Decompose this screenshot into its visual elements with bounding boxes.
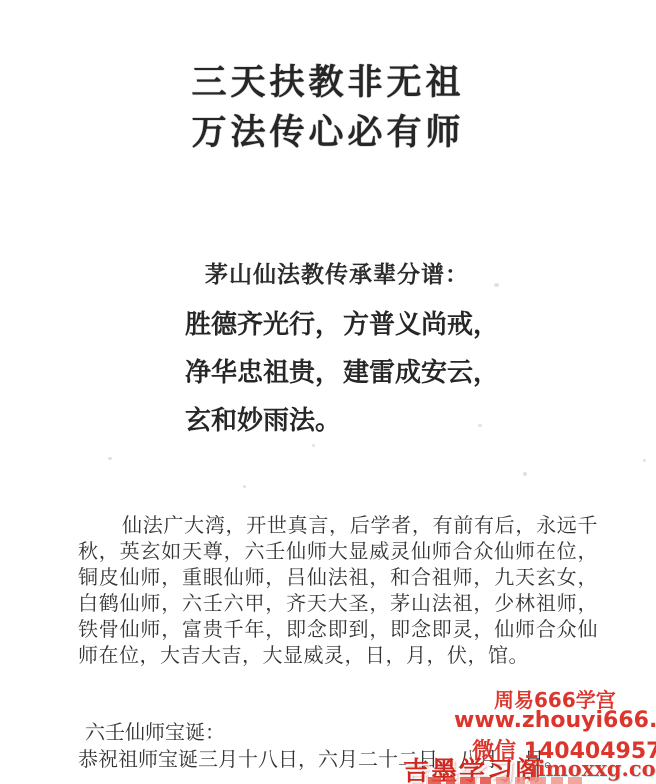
poem-cell: 建雷成安云， — [343, 352, 499, 389]
page-title: 三天扶教非无祖 万法传心必有师 — [0, 58, 656, 158]
body-paragraph: 仙法广大湾，开世真言，后学者，有前有后，永远千秋，英玄如天尊，六壬仙师大显威灵仙… — [78, 512, 598, 668]
scan-speck — [523, 472, 527, 476]
watermark-site-url: www.zhouyi666.com — [454, 708, 656, 733]
scanned-document-page: 三天扶教非无祖 万法传心必有师 茅山仙法教传承辈分谱： 胜德齐光行， 方普义尚戒… — [0, 0, 656, 784]
generation-poem: 胜德齐光行， 方普义尚戒， 净华忠祖贵， 建雷成安云， 玄和妙雨法。 — [185, 304, 499, 448]
festival-label: 六壬仙师宝诞： — [85, 716, 225, 745]
title-line-2: 万法传心必有师 — [0, 108, 656, 158]
poem-row: 胜德齐光行， 方普义尚戒， — [185, 304, 499, 352]
poem-cell: 胜德齐光行， — [185, 304, 343, 341]
section-heading: 茅山仙法教传承辈分谱： — [205, 256, 469, 289]
poem-cell: 玄和妙雨法。 — [185, 400, 343, 437]
scan-speck — [478, 424, 482, 427]
watermark-clipped-fragments — [428, 777, 648, 784]
poem-cell: 方普义尚戒， — [343, 304, 499, 341]
scan-speck — [108, 457, 112, 460]
scan-speck — [243, 485, 246, 488]
scan-speck — [494, 283, 499, 287]
poem-cell: 净华忠祖贵， — [185, 352, 343, 389]
scan-speck — [312, 444, 315, 447]
title-line-1: 三天扶教非无祖 — [0, 58, 656, 108]
scan-speck — [643, 459, 646, 462]
poem-row: 净华忠祖贵， 建雷成安云， — [185, 352, 499, 400]
poem-row: 玄和妙雨法。 — [185, 400, 499, 448]
